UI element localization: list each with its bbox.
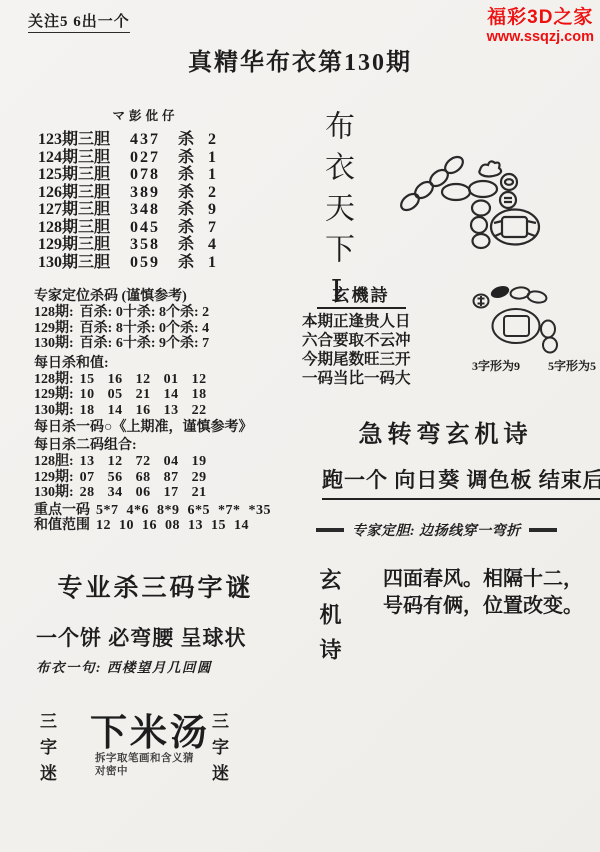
xuanji-poem-title: 玄機詩 xyxy=(317,281,406,309)
three-char-riddle-label-left: 三字迷 xyxy=(34,712,59,790)
row-numbers: 13 12 72 04 19 xyxy=(80,454,207,470)
three-char-riddle-answer: 下米汤 xyxy=(90,702,210,756)
list-item: 128期: 15 16 12 01 12 xyxy=(34,372,284,388)
three-char-riddle-label-right: 三字迷 xyxy=(206,712,231,790)
left-dash-rule xyxy=(316,528,344,532)
shape-note-3: 3字形为9 xyxy=(472,357,520,374)
kill-num-cell: 2 xyxy=(208,184,216,202)
row-text: 百杀: 0十杀: 8个杀: 2 xyxy=(80,305,210,321)
issue-cell: 127期三胆 xyxy=(38,201,130,219)
row-label: 130期: xyxy=(34,485,74,501)
kill-label-cell: 杀 xyxy=(178,201,208,219)
row-text: 百杀: 8十杀: 0个杀: 4 xyxy=(80,321,210,337)
daily-kill-one-note: 每日杀一码○《上期准，谨慎参考》 xyxy=(34,420,284,436)
expert-dan-note: 专家定胆: 边扬线穿一弯折 xyxy=(316,520,578,540)
row-label: 重点一码 xyxy=(34,503,90,519)
kill-num-cell: 4 xyxy=(208,236,216,254)
kill-num-cell: 1 xyxy=(208,254,216,272)
table-row: 129期三胆 358 杀 4 xyxy=(38,236,253,254)
expert-kill-title: 专家定位杀码 (谨慎参考) xyxy=(34,289,284,305)
table-row: 130期三胆 059 杀 1 xyxy=(38,254,253,272)
issue-cell: 130期三胆 xyxy=(38,254,130,272)
row-label: 128胆: xyxy=(34,454,74,470)
right-dash-rule xyxy=(529,528,557,532)
page-title: 真精华布衣第130期 xyxy=(0,42,600,77)
issue-cell: 123期三胆 xyxy=(38,131,130,149)
row-numbers: 15 16 12 01 12 xyxy=(80,372,207,388)
kill-label-cell: 杀 xyxy=(178,149,208,167)
list-item: 128胆: 13 12 72 04 19 xyxy=(34,454,284,470)
xuanji-poem2-vertical-title: 玄机诗 xyxy=(314,568,345,673)
expert-dan-text: 专家定胆: 边扬线穿一弯折 xyxy=(352,520,521,540)
dan-cell: 078 xyxy=(130,166,178,184)
poem-line: 四面春风。相隔十二， xyxy=(383,566,583,593)
row-numbers: 12 10 16 08 13 15 14 xyxy=(96,518,249,534)
poem-line: 本期正逢贵人日 xyxy=(302,312,420,331)
riddle-fine-print: 拆字取笔画和含义猜 对密中 xyxy=(95,752,194,778)
table-row: 127期三胆 348 杀 9 xyxy=(38,201,253,219)
row-label: 和值范围 xyxy=(34,518,90,534)
issue-cell: 125期三胆 xyxy=(38,166,130,184)
kill-number-block: 专家定位杀码 (谨慎参考) 128期: 百杀: 0十杀: 8个杀: 2 129期… xyxy=(34,289,284,534)
dan-cell: 059 xyxy=(130,254,178,272)
row-numbers: 5*7 4*6 8*9 6*5 *7* *35 xyxy=(96,503,271,519)
kill-num-cell: 1 xyxy=(208,166,216,184)
brand-name: 福彩3D之家 xyxy=(487,7,594,29)
digit-shape-note: 3字形为9 5字形为5 xyxy=(472,357,596,374)
dan-cell: 027 xyxy=(130,149,178,167)
row-label: 129期: xyxy=(34,387,74,403)
xuanji-poem-lines: 本期正逢贵人日 六合要取不云冲 今期尾数旺三开 一码当比一码大 xyxy=(302,312,420,388)
dan-cell: 348 xyxy=(130,201,178,219)
site-brand: 福彩3D之家 www.ssqzj.com xyxy=(487,7,594,46)
daily-two-title: 每日杀二码组合: xyxy=(34,438,284,454)
dan-history-table: マ彭仳仔 123期三胆 437 杀 2 124期三胆 027 杀 1 125期三… xyxy=(38,106,253,271)
issue-cell: 124期三胆 xyxy=(38,149,130,167)
issue-cell: 126期三胆 xyxy=(38,184,130,202)
bead-chain-doodle xyxy=(392,128,544,250)
fine-print-line: 对密中 xyxy=(95,765,194,778)
row-label: 130期: xyxy=(34,336,74,352)
table-row: 124期三胆 027 杀 1 xyxy=(38,149,253,167)
daily-sum-title: 每日杀和值: xyxy=(34,356,284,372)
kill-num-cell: 2 xyxy=(208,131,216,149)
kill-num-cell: 9 xyxy=(208,201,216,219)
row-numbers: 18 14 16 13 22 xyxy=(80,403,207,419)
dan-cell: 358 xyxy=(130,236,178,254)
row-label: 128期: xyxy=(34,305,74,321)
kill-label-cell: 杀 xyxy=(178,131,208,149)
poem-line: 六合要取不云冲 xyxy=(302,331,420,350)
table-row: 123期三胆 437 杀 2 xyxy=(38,131,253,149)
xuanji-poem2-text: 四面春风。相隔十二， 号码有俩，位置改变。 xyxy=(383,566,583,620)
row-label: 130期: xyxy=(34,403,74,419)
row-label: 129期: xyxy=(34,321,74,337)
riddle-line: 一个饼 必弯腰 呈球状 xyxy=(36,622,247,652)
poem-line: 号码有俩，位置改变。 xyxy=(383,593,583,620)
dan-table-header: マ彭仳仔 xyxy=(38,106,253,124)
list-item: 129期: 07 56 68 87 29 xyxy=(34,470,284,486)
sharp-turn-poem-line: 跑一个 向日葵 调色板 结束后 xyxy=(322,464,600,500)
list-item: 129期: 10 05 21 14 18 xyxy=(34,387,284,403)
coin-chain-doodle xyxy=(468,280,576,360)
list-item: 130期: 百杀: 6十杀: 9个杀: 7 xyxy=(34,336,284,352)
kill-label-cell: 杀 xyxy=(178,219,208,237)
dan-cell: 437 xyxy=(130,131,178,149)
riddle-section-title: 专业杀三码字谜 xyxy=(38,568,273,604)
kill-num-cell: 7 xyxy=(208,219,216,237)
key-one-row: 重点一码 5*7 4*6 8*9 6*5 *7* *35 xyxy=(34,503,284,519)
list-item: 128期: 百杀: 0十杀: 8个杀: 2 xyxy=(34,305,284,321)
buyi-sentence: 布衣一句: 西楼望月几回圆 xyxy=(36,656,212,676)
row-numbers: 10 05 21 14 18 xyxy=(80,387,207,403)
list-item: 129期: 百杀: 8十杀: 0个杀: 4 xyxy=(34,321,284,337)
poem-line: 今期尾数旺三开 xyxy=(302,350,420,369)
table-row: 126期三胆 389 杀 2 xyxy=(38,184,253,202)
follow-note: 关注5 6出一个 xyxy=(28,10,130,33)
kill-num-cell: 1 xyxy=(208,149,216,167)
issue-cell: 129期三胆 xyxy=(38,236,130,254)
row-numbers: 28 34 06 17 21 xyxy=(80,485,207,501)
xuanji-poem-box: 玄機詩 本期正逢贵人日 六合要取不云冲 今期尾数旺三开 一码当比一码大 xyxy=(302,281,420,388)
scanned-lottery-chart-page: 关注5 6出一个 福彩3D之家 www.ssqzj.com 真精华布衣第130期… xyxy=(0,0,600,852)
table-row: 125期三胆 078 杀 1 xyxy=(38,166,253,184)
table-row: 128期三胆 045 杀 7 xyxy=(38,219,253,237)
kill-label-cell: 杀 xyxy=(178,184,208,202)
dan-cell: 389 xyxy=(130,184,178,202)
poem-line: 一码当比一码大 xyxy=(302,369,420,388)
row-text: 百杀: 6十杀: 9个杀: 7 xyxy=(80,336,210,352)
sum-range-row: 和值范围 12 10 16 08 13 15 14 xyxy=(34,518,284,534)
list-item: 130期: 28 34 06 17 21 xyxy=(34,485,284,501)
row-numbers: 07 56 68 87 29 xyxy=(80,470,207,486)
list-item: 130期: 18 14 16 13 22 xyxy=(34,403,284,419)
issue-cell: 128期三胆 xyxy=(38,219,130,237)
fine-print-line: 拆字取笔画和含义猜 xyxy=(95,752,194,765)
sharp-turn-poem-title: 急转弯玄机诗 xyxy=(318,414,573,449)
dan-cell: 045 xyxy=(130,219,178,237)
shape-note-5: 5字形为5 xyxy=(548,357,596,374)
row-label: 128期: xyxy=(34,372,74,388)
kill-label-cell: 杀 xyxy=(178,236,208,254)
row-label: 129期: xyxy=(34,470,74,486)
kill-label-cell: 杀 xyxy=(178,166,208,184)
kill-label-cell: 杀 xyxy=(178,254,208,272)
